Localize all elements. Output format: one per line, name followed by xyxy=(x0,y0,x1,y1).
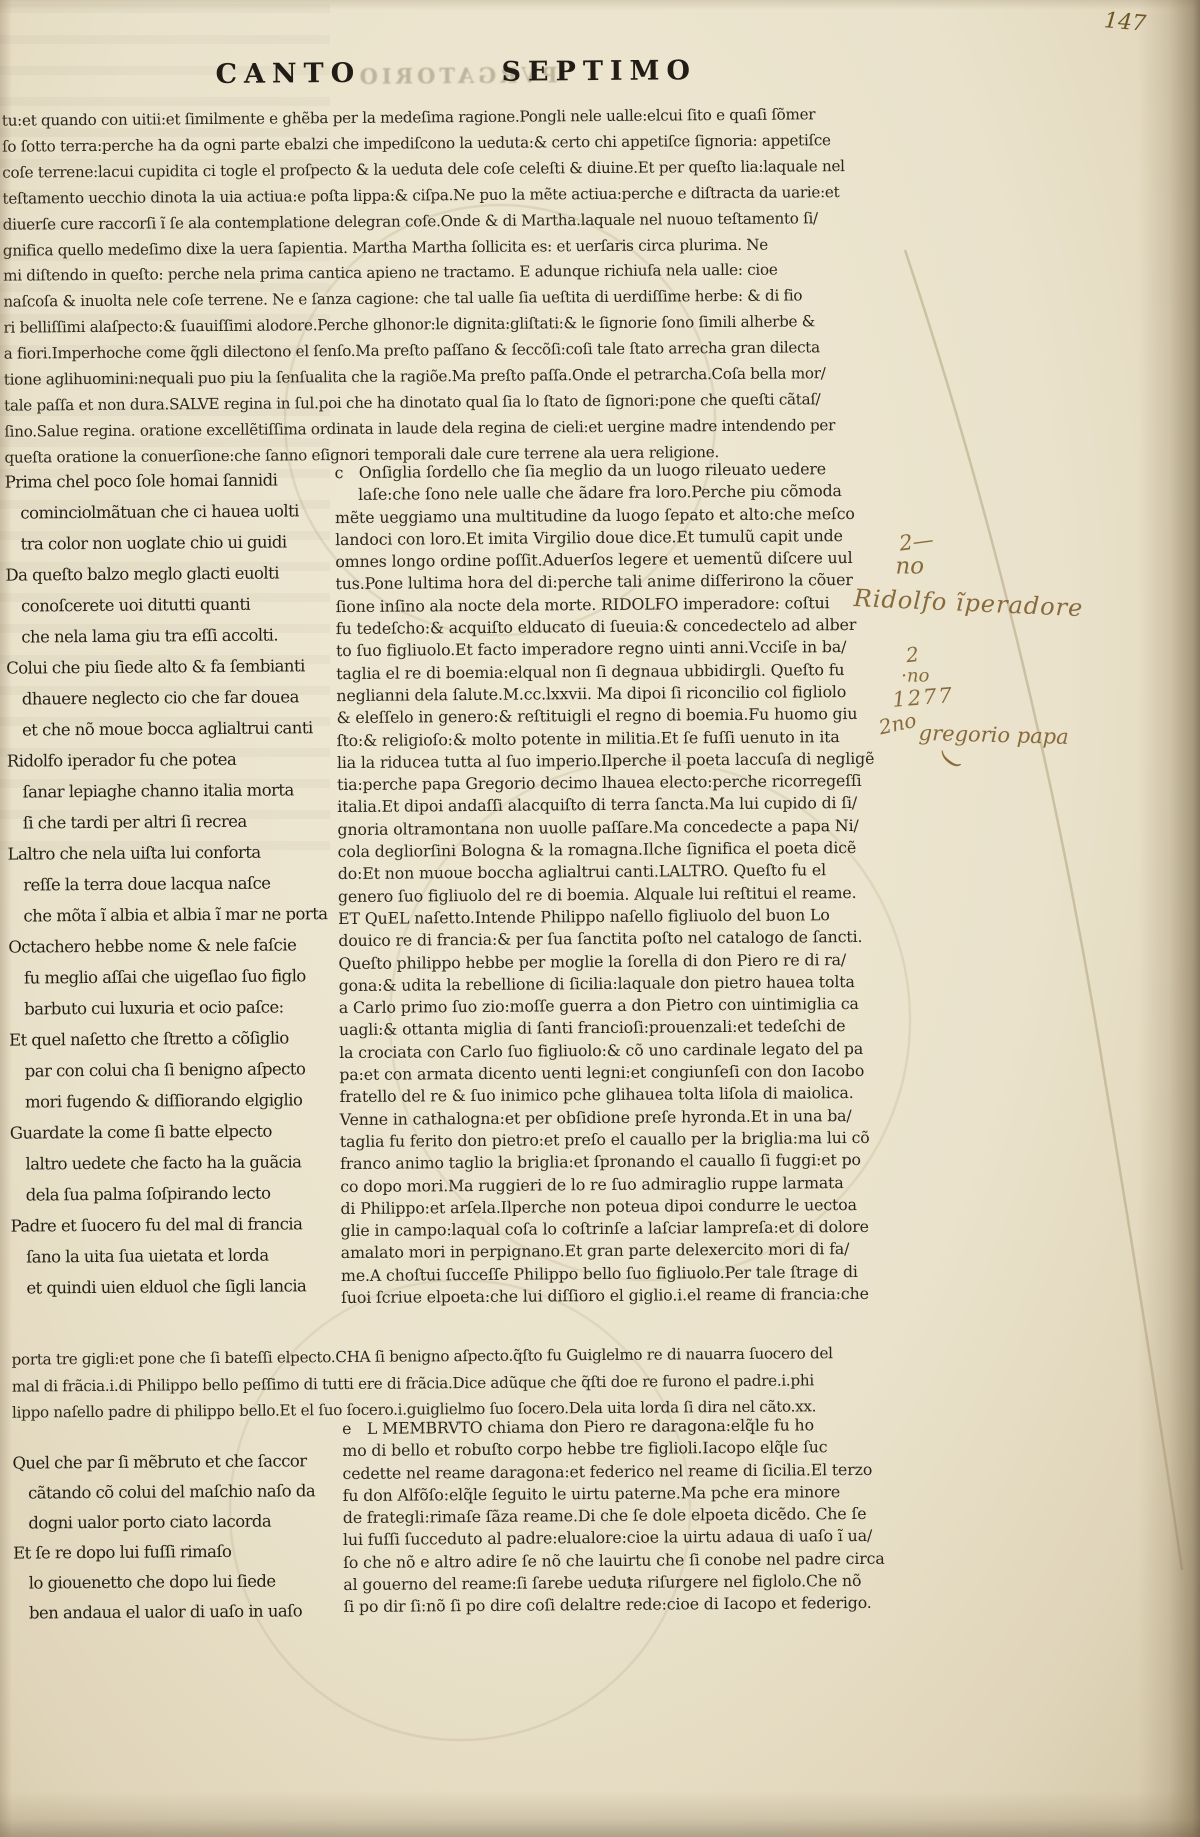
verse-column: Prima chel poco ſole homai ſannidi comin… xyxy=(5,464,348,1304)
margin-note-ridolfo-imperadore: Ridolfo ĩperadore xyxy=(853,584,1084,622)
header-canto: CANTO xyxy=(215,58,361,90)
margin-note-date-1277: 1277 xyxy=(892,683,955,712)
verse-column-bottom: Quel che par ſi mẽbruto et che ſaccor cã… xyxy=(12,1446,349,1629)
margin-squiggle-mark-1: 2— xyxy=(898,527,935,555)
intro-commentary-paragraph: tu:et quando con uitii:et ſimilmente e g… xyxy=(2,102,885,472)
margin-squiggle-mark-2: 2 xyxy=(905,642,920,667)
handwritten-folio-number: 147 xyxy=(1103,8,1147,37)
full-width-commentary-paragraph: porta tre gigli:et pone che ſi bateſſi e… xyxy=(11,1340,892,1426)
header-septimo: SEPTIMO xyxy=(501,55,697,88)
scanned-book-page: CANTO PVRGATORIO SEPTIMO tu:et quando co… xyxy=(0,0,1200,1837)
commentary-column-bottom: e L MEMBRVTO chiama don Piero re daragon… xyxy=(342,1414,892,1619)
margin-brace-mark: ( xyxy=(934,749,965,771)
margin-note-gregorio-papa: gregorio papa xyxy=(918,721,1069,749)
margin-note-no-2: ·no xyxy=(901,665,929,686)
commentary-column: c Onſiglia ſordello che ſia meglio da un… xyxy=(335,458,890,1310)
margin-note-no-1: no xyxy=(895,553,924,579)
